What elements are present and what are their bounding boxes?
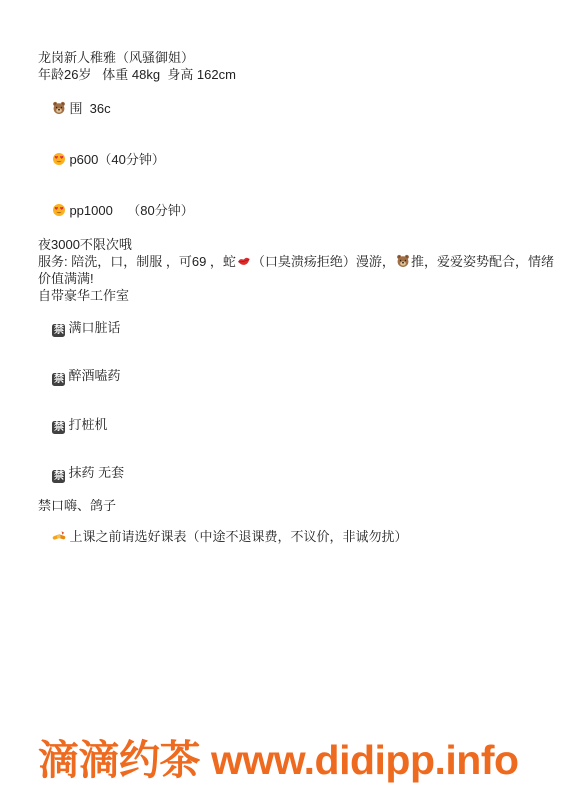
heart-eyes-icon — [52, 203, 66, 217]
forbidden-rule: 禁抹药 无套 — [38, 450, 554, 499]
prohibited-icon: 禁 — [52, 470, 65, 483]
bust-line: 围 36c — [38, 83, 554, 134]
bear-icon — [396, 254, 410, 268]
forbidden-text: 满口脏话 — [68, 320, 120, 335]
prohibited-icon: 禁 — [52, 421, 65, 434]
footer-banner: 滴滴约茶www.didipp.info — [38, 736, 519, 784]
handshake-icon — [52, 529, 66, 543]
booking-note-text: 上课之前请选好课表（中途不退课费，不议价，非诚勿扰） — [69, 529, 407, 544]
heart-eyes-icon — [52, 152, 66, 166]
services-line: 服务: 陪洗，口，制服 ，可69 ，蛇 （口臭溃疡拒绝）漫游， 推，爱爱姿势配合… — [38, 253, 554, 287]
forbidden-rule-plain: 禁口嗨、鸽子 — [38, 498, 554, 514]
studio-line: 自带豪华工作室 — [38, 287, 554, 304]
prohibited-icon: 禁 — [52, 373, 65, 386]
services-part-1: 服务: 陪洗，口，制服 ，可69 ，蛇 — [38, 254, 236, 269]
listing-text-block: 龙岗新人稚雅（风骚御姐） 年龄26岁 体重 48kg 身高 162cm 围 36… — [38, 49, 554, 560]
night-price: 夜3000不限次哦 — [38, 236, 554, 253]
forbidden-text: 抹药 无套 — [68, 465, 124, 480]
forbidden-rule: 禁打桩机 — [38, 401, 554, 450]
listing-title: 龙岗新人稚雅（风骚御姐） — [38, 49, 554, 66]
price-2-text: pp1000 （80分钟） — [69, 203, 193, 218]
price-line-2: pp1000 （80分钟） — [38, 185, 554, 236]
services-part-2: （口臭溃疡拒绝）漫游， — [252, 254, 395, 269]
listing-stats: 年龄26岁 体重 48kg 身高 162cm — [38, 66, 554, 83]
price-line-1: p600（40分钟） — [38, 134, 554, 185]
footer-brand: 滴滴约茶 — [38, 737, 200, 783]
forbidden-text: 醉酒嗑药 — [68, 368, 120, 383]
forbidden-text: 打桩机 — [68, 417, 107, 432]
prohibited-icon: 禁 — [52, 324, 65, 337]
bust-text: 围 36c — [69, 101, 110, 116]
kiss-mark-icon — [237, 254, 251, 268]
forbidden-rule: 禁满口脏话 — [38, 304, 554, 353]
booking-note-line: 上课之前请选好课表（中途不退课费，不议价，非诚勿扰） — [38, 514, 554, 561]
price-1-text: p600（40分钟） — [69, 152, 164, 167]
footer-url[interactable]: www.didipp.info — [211, 737, 519, 783]
forbidden-rule: 禁醉酒嗑药 — [38, 353, 554, 402]
bear-icon — [52, 101, 66, 115]
